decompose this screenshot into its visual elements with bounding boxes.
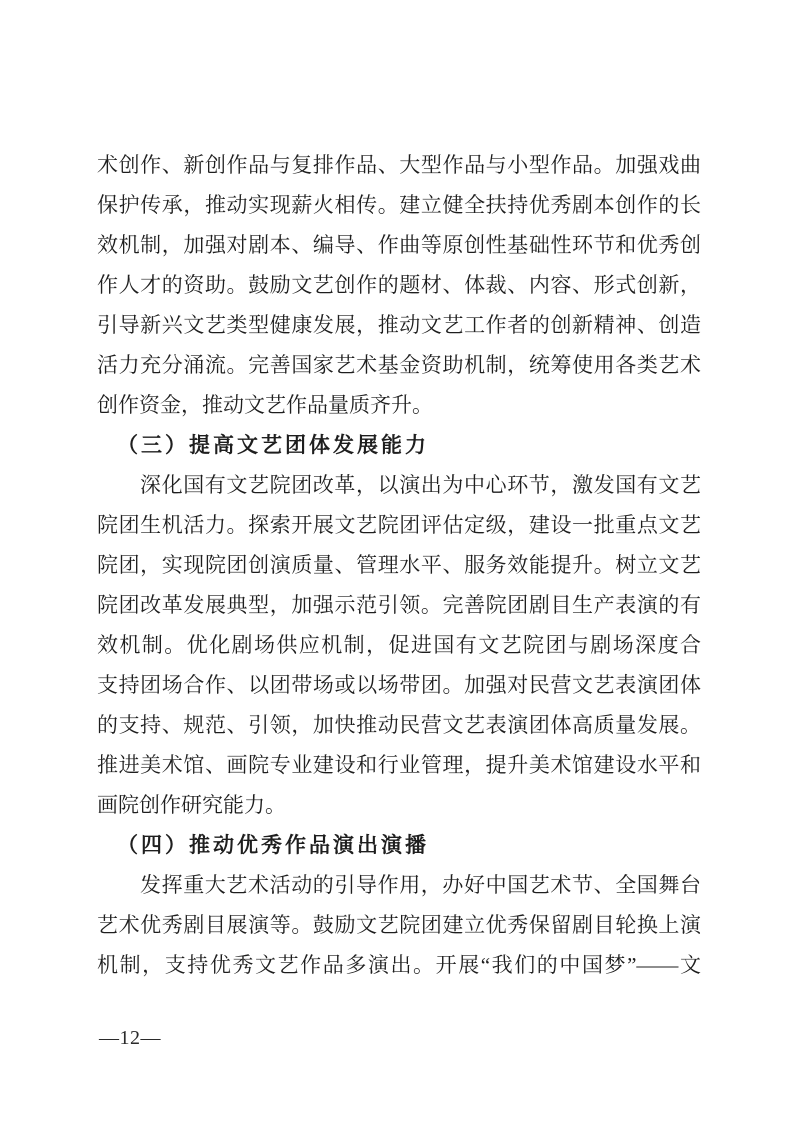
text-line: 术创作、新创作品与复排作品、大型作品与小型作品。加强戏曲 [97, 145, 701, 185]
text-line: 创作资金，推动文艺作品量质齐升。 [97, 385, 701, 425]
page-number: —12— [99, 1025, 161, 1051]
text-line: 院团改革发展典型，加强示范引领。完善院团剧目生产表演的有 [97, 585, 701, 625]
text-line: 院团生机活力。探索开展文艺院团评估定级，建设一批重点文艺 [97, 505, 701, 545]
text-line: 画院创作研究能力。 [97, 785, 701, 825]
text-line: 作人才的资助。鼓励文艺创作的题材、体裁、内容、形式创新， [97, 265, 701, 305]
text-line: 活力充分涌流。完善国家艺术基金资助机制，统筹使用各类艺术 [97, 345, 701, 385]
text-line: 支持团场合作、以团带场或以场带团。加强对民营文艺表演团体 [97, 665, 701, 705]
text-line: 院团，实现院团创演质量、管理水平、服务效能提升。树立文艺 [97, 545, 701, 585]
text-line: 推进美术馆、画院专业建设和行业管理，提升美术馆建设水平和 [97, 745, 701, 785]
section-heading: （三）提高文艺团体发展能力 [97, 425, 701, 465]
document-page: 术创作、新创作品与复排作品、大型作品与小型作品。加强戏曲保护传承，推动实现薪火相… [0, 0, 793, 1122]
text-line: 效机制。优化剧场供应机制，促进国有文艺院团与剧场深度合作， [97, 625, 701, 665]
text-line: 深化国有文艺院团改革，以演出为中心环节，激发国有文艺 [97, 465, 701, 505]
text-line: 效机制，加强对剧本、编导、作曲等原创性基础性环节和优秀创 [97, 225, 701, 265]
document-body: 术创作、新创作品与复排作品、大型作品与小型作品。加强戏曲保护传承，推动实现薪火相… [97, 145, 701, 985]
text-line: 机制，支持优秀文艺作品多演出。开展“我们的中国梦”——文 [97, 945, 701, 985]
text-line: 引导新兴文艺类型健康发展，推动文艺工作者的创新精神、创造 [97, 305, 701, 345]
text-line: 保护传承，推动实现薪火相传。建立健全扶持优秀剧本创作的长 [97, 185, 701, 225]
text-line: 艺术优秀剧目展演等。鼓励文艺院团建立优秀保留剧目轮换上演 [97, 905, 701, 945]
text-line: 的支持、规范、引领，加快推动民营文艺表演团体高质量发展。 [97, 705, 701, 745]
text-line: 发挥重大艺术活动的引导作用，办好中国艺术节、全国舞台 [97, 865, 701, 905]
section-heading: （四）推动优秀作品演出演播 [97, 825, 701, 865]
